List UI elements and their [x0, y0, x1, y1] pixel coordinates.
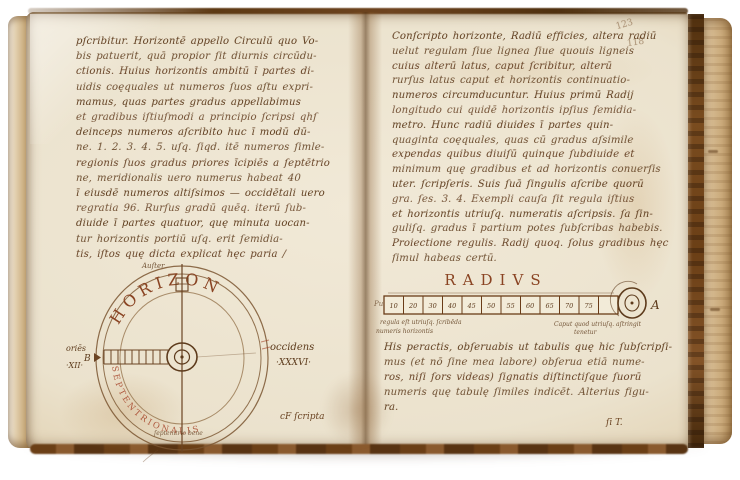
manuscript-line: uidis coęquales ut numeros ſuos aſtu exp… [76, 80, 356, 95]
manuscript-line: cuius alterū latus, caput ſcribitur, alt… [392, 60, 676, 75]
manuscript-line: His peractis, obſeruabis ut tabulis quę … [384, 340, 676, 355]
horizon-top-word: Auſter [141, 262, 165, 270]
manuscript-photo: 123 118 pſcribitur. Horizontē appello Ci… [0, 0, 740, 480]
manuscript-line: rurſus latus caput et horizontis continu… [392, 74, 676, 89]
ladder-scale [104, 350, 168, 364]
ruler-number: 20 [408, 302, 417, 310]
manuscript-line: longitudo cui quidē horizontis ipſius ſe… [392, 104, 676, 119]
manuscript-line: tur horizontis portiū uſq. erit ſemidia- [76, 232, 356, 247]
horizon-arc-text: SEPTENTRIONALIS [109, 365, 202, 436]
closing-mark: ſi T. [606, 418, 623, 428]
west-marker: B [83, 354, 91, 364]
fore-edge-dark [688, 14, 704, 448]
ruler-number: 45 [467, 302, 476, 310]
east-number: ·XXXVI· [276, 358, 311, 368]
pointer-icon [94, 353, 101, 362]
manuscript-line: et gradibus iſtiuſmodi a principio ſcrip… [76, 110, 356, 125]
manuscript-line: et horizontis utriuſq. numeratis aſcrips… [392, 208, 676, 223]
ruler-number: 70 [565, 302, 573, 310]
manuscript-line: numeros circumducuntur. Huius primū Radi… [392, 89, 676, 104]
radius-end-label: A [650, 298, 660, 312]
manuscript-line: metro. Hunc radiū diuides ī partes quin- [392, 119, 676, 134]
fore-edge-pages [704, 18, 732, 444]
horizon-title: HORIZON [106, 269, 226, 327]
radius-loop-dot [631, 302, 634, 305]
manuscript-line: Proiectione regulis. Radij quoq. ſolus g… [392, 237, 676, 252]
manuscript-line: numeris quę tabulę ſimiles indicēt. Alte… [384, 385, 676, 400]
ruler-number: 50 [487, 302, 495, 310]
manuscript-line: ros, niſi ſors videas) ſignatis diſtinct… [384, 370, 676, 385]
horizon-diagram: HORIZON SEPTENTRIONALIS Auſter [58, 254, 350, 460]
manuscript-line: ne. 1. 2. 3. 4. 5. uſq. ſiqd. itē numero… [76, 140, 356, 155]
manuscript-line: diuide ī partes quatuor, quę minuta uoca… [76, 216, 356, 231]
manuscript-line: regionis ſuos gradus priores īcipiēs a ſ… [76, 156, 356, 171]
manuscript-line: mamus, quas partes gradus appellabimus [76, 95, 356, 110]
radius-caption-left-1: regula eſt utriuſq. ſcribēda [380, 319, 462, 326]
manuscript-line: ī eiusdē numeros altiſsimos — occidētali… [76, 186, 356, 201]
ruler-number: 60 [526, 302, 534, 310]
manuscript-line: gra. ſes. 3. 4. Exempli cauſa ſit regula… [392, 193, 676, 208]
center-dot [180, 355, 183, 358]
west-number: ·XII· [66, 361, 83, 370]
manuscript-line: expendas quibus diuiſū quinque ſubdiuide… [392, 148, 676, 163]
manuscript-line: regratia 96. Rurſus gradū quēq. iterū ſu… [76, 201, 356, 216]
right-page-paragraph2: His peractis, obſeruabis ut tabulis quę … [384, 340, 676, 420]
manuscript-line: quaginta coęquales, quas cū gradus aſsim… [392, 134, 676, 149]
manuscript-line: pſcribitur. Horizontē appello Circulū qu… [76, 34, 356, 49]
ruler-number: 55 [507, 302, 515, 310]
manuscript-line: bis patuerit, quā propior ſit diurnis ci… [76, 49, 356, 64]
radius-title: RADIVS [444, 271, 547, 289]
radius-diagram: RADIVS Pu 10 20 30 40 45 50 55 60 65 70 … [374, 270, 676, 336]
horizon-title-text: HORIZON [106, 269, 226, 327]
bottom-caption: ſeptemtrio bene [153, 430, 203, 437]
radius-caption-right-2: tenetur [574, 329, 598, 336]
ruler-number: 75 [585, 302, 593, 310]
fore-edge-mark [710, 308, 720, 311]
faint-east-line [197, 353, 256, 357]
manuscript-line: ra. [384, 400, 676, 415]
radius-caption-left-2: numeris horizontis [376, 328, 433, 335]
ruler-number: 10 [390, 302, 398, 310]
manuscript-line: guliſq. gradus ī partium potes ſubſcriba… [392, 222, 676, 237]
ring-tick-marks [261, 340, 270, 349]
manuscript-line: uelut regulam ſiue lignea ſiue quouis li… [392, 45, 676, 60]
west-label: oriēs [66, 344, 86, 353]
left-page-text: pſcribitur. Horizontē appello Circulū qu… [76, 34, 356, 264]
radius-left-mark: Pu [373, 300, 384, 308]
horizon-arc-caption: SEPTENTRIONALIS [109, 365, 202, 436]
manuscript-line: uter. ſcripſeris. Suis ſuā ſingulis aſcr… [392, 178, 676, 193]
manuscript-line: minimum quę gradibus et ad horizontis co… [392, 163, 676, 178]
right-page-text: Conſcripto horizonte, Radiū efficies, al… [392, 30, 676, 270]
manuscript-line: ſimul habeas certū. [392, 252, 676, 267]
manuscript-line: ne, meridionalis uero numerus habeat 40 [76, 171, 356, 186]
manuscript-line: ctionis. Huius horizontis ambitū ī parte… [76, 64, 356, 79]
ruler-number: 40 [447, 302, 456, 310]
manuscript-line: mus (et nō ſine mea labore) obſerua etiā… [384, 355, 676, 370]
manuscript-line: Conſcripto horizonte, Radiū efficies, al… [392, 30, 676, 45]
ruler-number: 30 [429, 302, 437, 310]
catchword: cF ſcripta [280, 412, 324, 422]
manuscript-line: deinceps numeros aſcribito huc ī modū dū… [76, 125, 356, 140]
fore-edge-mark [708, 150, 718, 153]
east-label: occidens [270, 342, 314, 353]
radius-caption-right-1: Caput quod utriuſq. aſtringit [554, 321, 642, 328]
ruler-number: 65 [546, 302, 554, 310]
